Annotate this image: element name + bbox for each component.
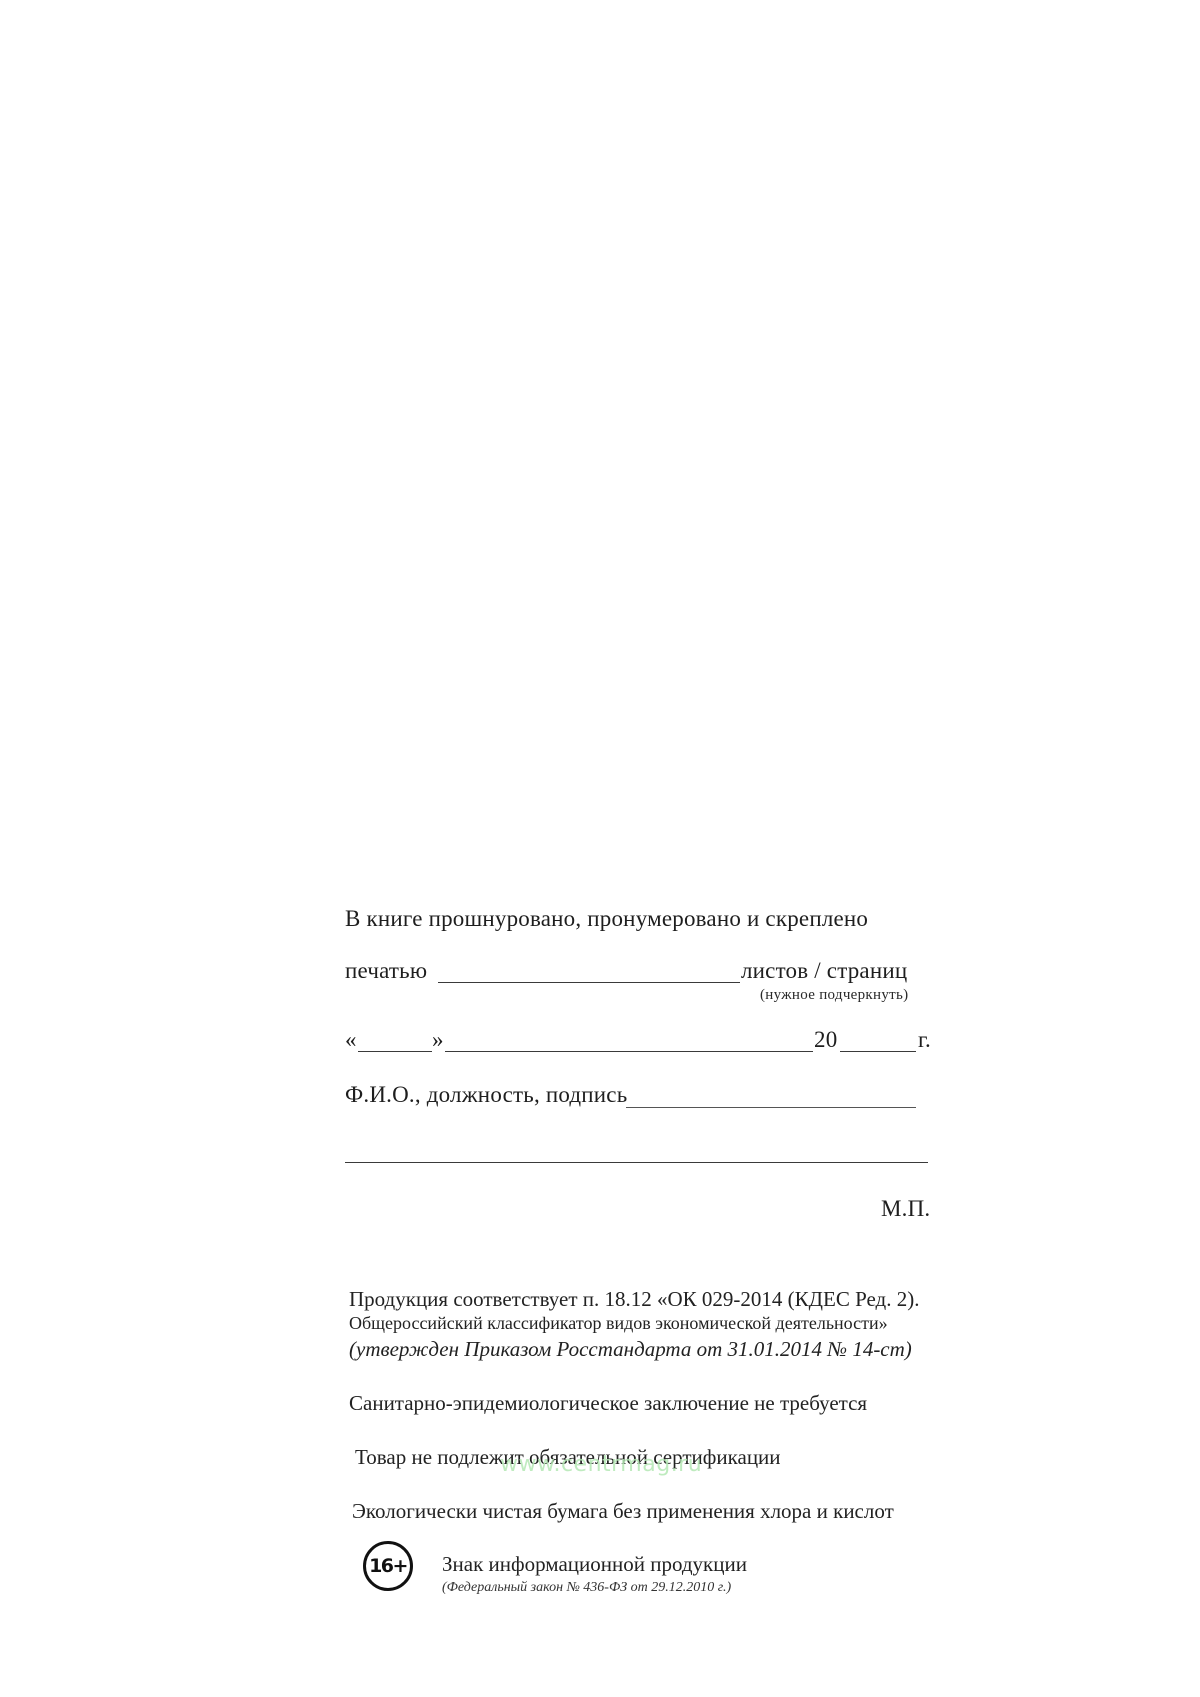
year-field[interactable] <box>840 1051 916 1052</box>
underline-hint: (нужное подчеркнуть) <box>760 987 908 1004</box>
conformity-line-3: (утвержден Приказом Росстандарта от 31.0… <box>349 1337 912 1362</box>
document-page: В книге прошнуровано, пронумеровано и ск… <box>0 0 1200 1697</box>
signature-label: Ф.И.О., должность, подпись <box>345 1082 627 1108</box>
date-open-quote: « <box>345 1027 357 1053</box>
year-suffix: г. <box>918 1027 931 1053</box>
seal-label: печатью <box>345 958 427 984</box>
sheet-count-field[interactable] <box>438 982 740 983</box>
binding-statement: В книге прошнуровано, пронумеровано и ск… <box>345 906 868 932</box>
info-sign-title: Знак информационной продукции <box>442 1552 747 1577</box>
conformity-line-2: Общероссийский классификатор видов эконо… <box>349 1313 888 1334</box>
signature-continuation-field[interactable] <box>345 1162 928 1163</box>
stamp-label: М.П. <box>881 1196 930 1222</box>
sheets-pages-label: листов / страниц <box>741 958 907 984</box>
date-century: 20 <box>814 1027 837 1053</box>
day-field[interactable] <box>358 1051 432 1052</box>
signature-field[interactable] <box>626 1107 916 1108</box>
eco-note: Экологически чистая бумага без применени… <box>352 1499 894 1524</box>
info-sign-law: (Федеральный закон № 436-ФЗ от 29.12.201… <box>442 1580 731 1596</box>
age-rating-icon: 16+ <box>363 1541 413 1591</box>
date-close-quote: » <box>432 1027 444 1053</box>
month-field[interactable] <box>445 1051 813 1052</box>
watermark: www.centrmag.ru <box>500 1452 702 1477</box>
conformity-line-1: Продукция соответствует п. 18.12 «ОК 029… <box>349 1287 919 1312</box>
sanitary-note: Санитарно-эпидемиологическое заключение … <box>349 1391 867 1416</box>
age-rating-label: 16+ <box>369 1555 407 1577</box>
